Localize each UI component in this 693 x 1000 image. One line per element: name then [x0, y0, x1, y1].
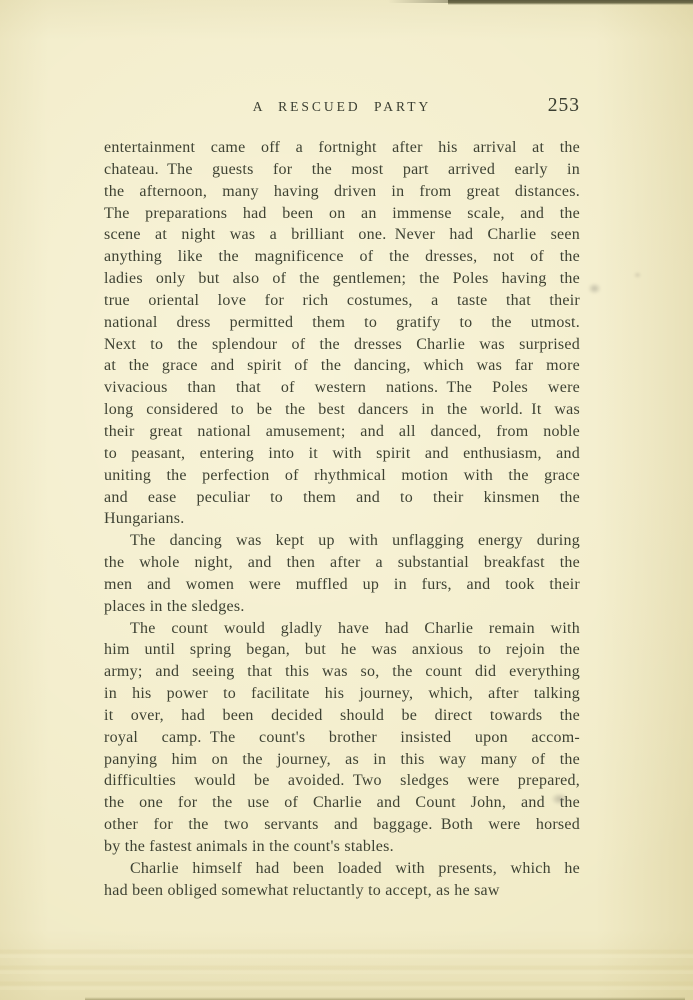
text-line: entertainment came off a fortnight after…	[104, 137, 580, 159]
text-line: chateau. The guests for the most part ar…	[104, 159, 580, 181]
page-number: 253	[548, 95, 580, 117]
text-line: places in the sledges.	[104, 596, 580, 618]
paper-streaks	[0, 942, 693, 997]
text-line: army; and seeing that this was so, the c…	[104, 661, 580, 683]
text-line: Next to the splendour of the dresses Cha…	[104, 334, 580, 356]
text-line: anything like the magnificence of the dr…	[104, 246, 580, 268]
text-line: at the grace and spirit of the dancing, …	[104, 355, 580, 377]
page-header: A RESCUED PARTY 253	[104, 99, 580, 121]
body-text: entertainment came off a fortnight after…	[104, 137, 580, 902]
text-line: national dress permitted them to gratify…	[104, 312, 580, 334]
text-line: and ease peculiar to them and to their k…	[104, 487, 580, 509]
text-line: difficulties would be avoided. Two sledg…	[104, 770, 580, 792]
paper-smudge	[634, 272, 641, 278]
text-line: Hungarians.	[104, 508, 580, 530]
text-line: royal camp. The count's brother insisted…	[104, 727, 580, 749]
text-line: uniting the perfection of rhythmical mot…	[104, 465, 580, 487]
text-line: the afternoon, many having driven in fro…	[104, 181, 580, 203]
paper-smudge	[588, 283, 601, 294]
text-line: vivacious than that of western nations. …	[104, 377, 580, 399]
text-line: the one for the use of Charlie and Count…	[104, 792, 580, 814]
text-line: men and women were muffled up in furs, a…	[104, 574, 580, 596]
text-line: The preparations had been on an immense …	[104, 203, 580, 225]
text-line: The dancing was kept up with unflagging …	[104, 530, 580, 552]
text-line: in his power to facilitate his journey, …	[104, 683, 580, 705]
text-line: other for the two servants and baggage. …	[104, 814, 580, 836]
text-line: Charlie himself had been loaded with pre…	[104, 858, 580, 880]
text-line: The count would gladly have had Charlie …	[104, 618, 580, 640]
text-line: scene at night was a brilliant one. Neve…	[104, 224, 580, 246]
text-line: true oriental love for rich costumes, a …	[104, 290, 580, 312]
text-line: had been obliged somewhat reluctantly to…	[104, 880, 580, 902]
text-line: by the fastest animals in the count's st…	[104, 836, 580, 858]
paper-smudge	[551, 793, 568, 805]
text-line: ladies only but also of the gentlemen; t…	[104, 268, 580, 290]
text-line: him until spring began, but he was anxio…	[104, 639, 580, 661]
text-line: to peasant, entering into it with spirit…	[104, 443, 580, 465]
text-line: their great national amusement; and all …	[104, 421, 580, 443]
running-title: A RESCUED PARTY	[104, 99, 580, 115]
book-edge-shadow-top	[448, 0, 693, 5]
text-line: long considered to be the best dancers i…	[104, 399, 580, 421]
text-line: the whole night, and then after a substa…	[104, 552, 580, 574]
text-line: it over, had been decided should be dire…	[104, 705, 580, 727]
text-line: panying him on the journey, as in this w…	[104, 749, 580, 771]
book-page: A RESCUED PARTY 253 entertainment came o…	[0, 0, 693, 1000]
